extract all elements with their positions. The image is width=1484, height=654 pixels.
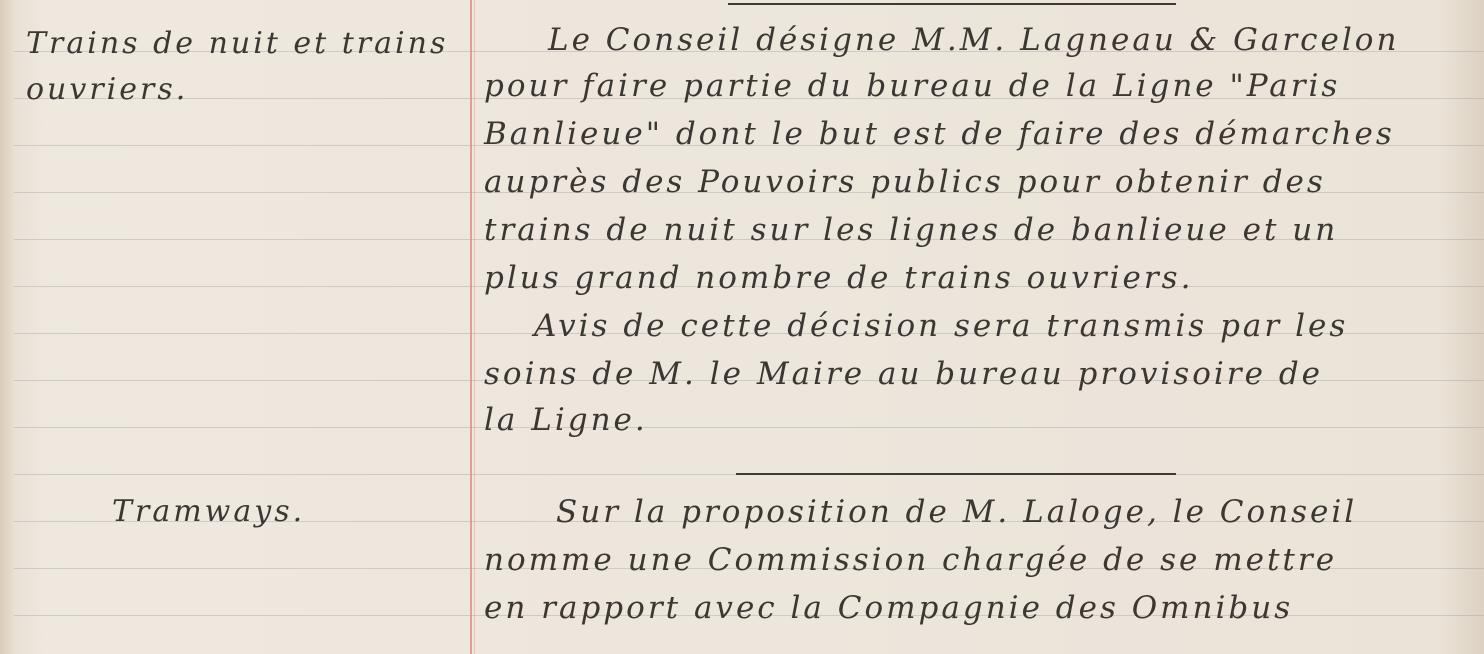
body-line: en rapport avec la Compagnie des Omnibus <box>484 590 1293 626</box>
body-line: plus grand nombre de trains ouvriers. <box>484 260 1193 296</box>
body-line: Avis de cette décision sera transmis par… <box>534 308 1348 344</box>
body-line: Banlieue" dont le but est de faire des d… <box>484 116 1395 152</box>
body-line: Sur la proposition de M. Laloge, le Cons… <box>556 494 1357 530</box>
page-binding-edge <box>0 0 14 654</box>
margin-heading-trains-line2: ouvriers. <box>26 72 188 107</box>
section-separator-top <box>728 3 1176 5</box>
body-line: pour faire partie du bureau de la Ligne … <box>484 68 1340 104</box>
margin-heading-tramways: Tramways. <box>112 494 305 529</box>
margin-heading-trains-line1: Trains de nuit et trains <box>26 26 448 61</box>
body-line: la Ligne. <box>484 402 648 438</box>
section-separator-middle <box>736 473 1176 475</box>
body-line: auprès des Pouvoirs publics pour obtenir… <box>484 164 1326 200</box>
body-line: soins de M. le Maire au bureau provisoir… <box>484 356 1323 392</box>
margin-rule-red-secondary <box>474 0 475 654</box>
body-line: trains de nuit sur les lignes de banlieu… <box>484 212 1338 248</box>
body-line: Le Conseil désigne M.M. Lagneau & Garcel… <box>548 22 1399 58</box>
register-page: Trains de nuit et trains ouvriers. Tramw… <box>0 0 1484 654</box>
body-line: nomme une Commission chargée de se mettr… <box>484 542 1337 578</box>
margin-rule-red <box>470 0 472 654</box>
